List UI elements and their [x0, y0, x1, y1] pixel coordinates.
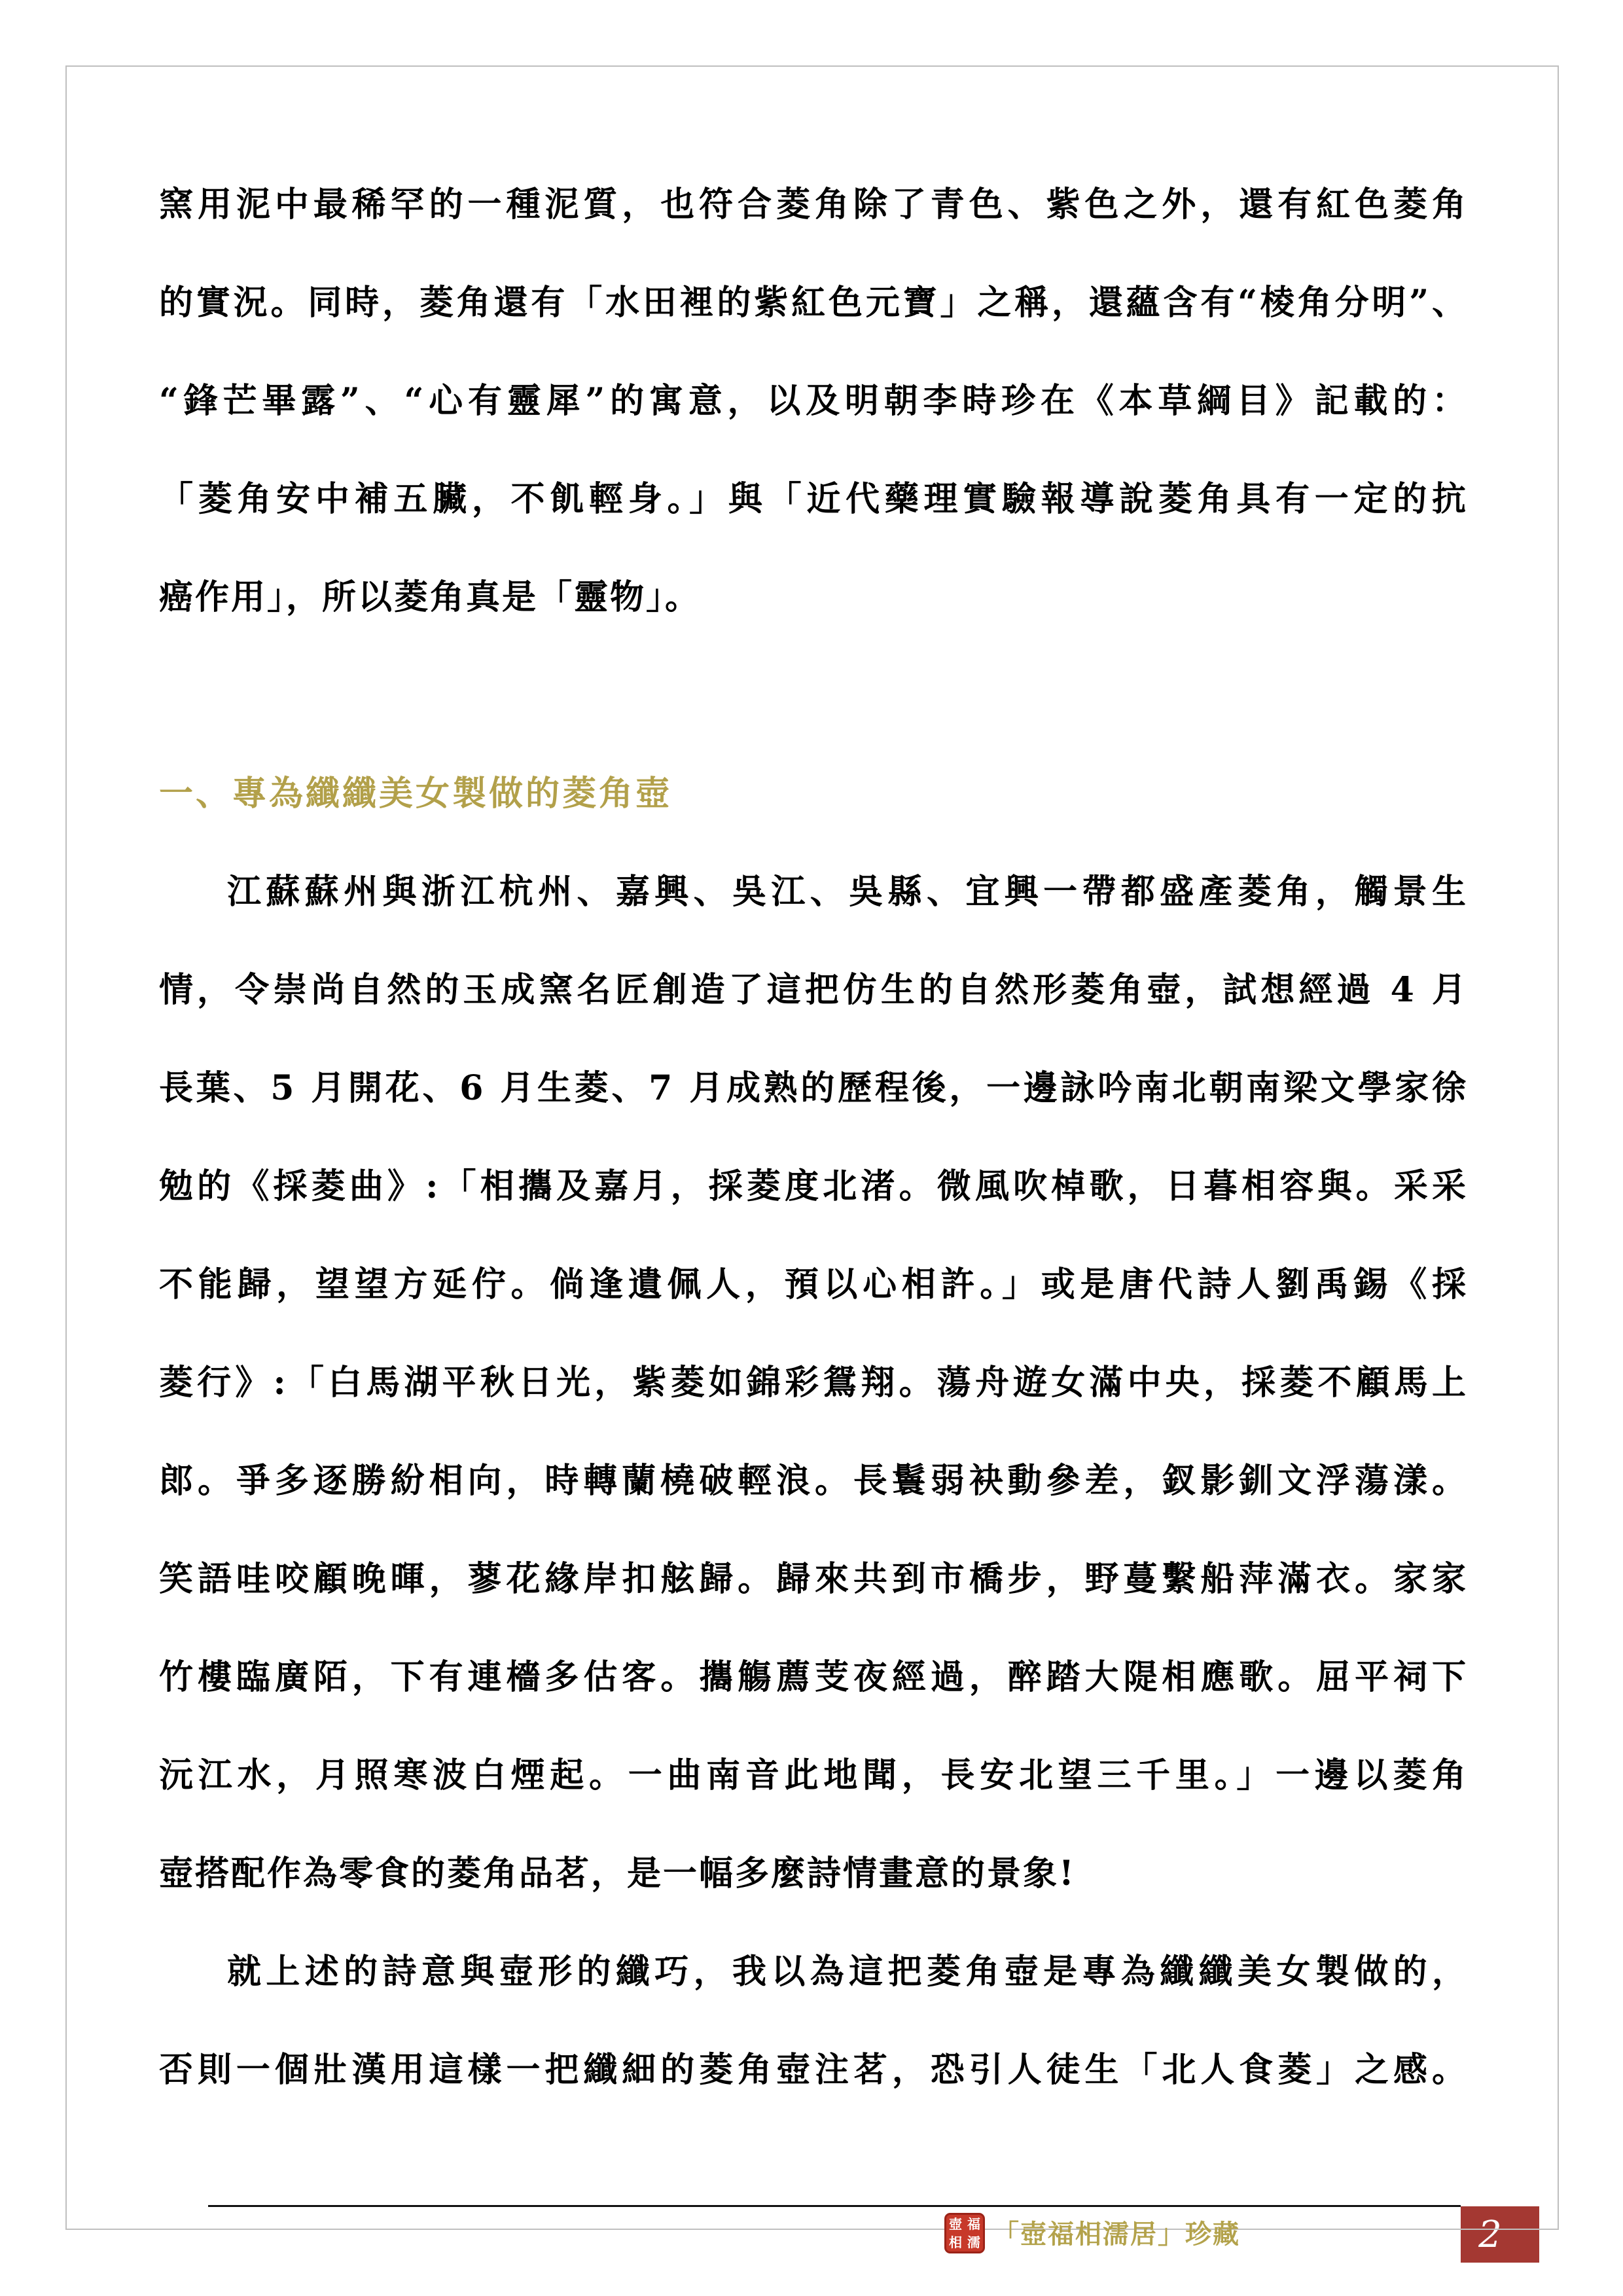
- body-line: 癌作用」，所以菱角真是「靈物」。: [159, 548, 1468, 647]
- body-line: 郎。爭多逐勝紛相向，時轉蘭橈破輕浪。長鬟弱袂動參差，釵影釧文浮蕩漾。: [159, 1432, 1468, 1530]
- seal-char: 壺: [949, 2217, 962, 2231]
- body-line: 菱行》:「白馬湖平秋日光，紫菱如錦彩鴛翔。蕩舟遊女滿中央，採菱不顧馬上: [159, 1334, 1468, 1432]
- body-line: 江蘇蘇州與浙江杭州、嘉興、吳江、吳縣、宜興一帶都盛產菱角，觸景生: [159, 843, 1468, 941]
- body-line: 情，令崇尚自然的玉成窯名匠創造了這把仿生的自然形菱角壺，試想經過 4 月: [159, 941, 1468, 1039]
- body-line: 竹樓臨廣陌，下有連檣多估客。攜觴薦芰夜經過，醉踏大隄相應歌。屈平祠下: [159, 1628, 1468, 1727]
- body-line: 壺搭配作為零食的菱角品茗，是一幅多麼詩情畫意的景象!: [159, 1825, 1468, 1923]
- body-line: 否則一個壯漢用這樣一把纖細的菱角壺注茗，恐引人徒生「北人食菱」之感。: [159, 2021, 1468, 2119]
- body-text: 窯用泥中最稀罕的一種泥質，也符合菱角除了青色、紫色之外，還有紅色菱角 的實況。同…: [159, 156, 1468, 2119]
- page-number-box: 2: [1461, 2206, 1539, 2263]
- body-line: 「菱角安中補五臟，不飢輕身。」與「近代藥理實驗報導說菱角具有一定的抗: [159, 450, 1468, 548]
- seal-char: 福: [967, 2217, 980, 2231]
- body-line: 勉的《採菱曲》:「相攜及嘉月，採菱度北渚。微風吹棹歌，日暮相容與。采采: [159, 1138, 1468, 1236]
- body-line: 長葉、5 月開花、6 月生菱、7 月成熟的歷程後，一邊詠吟南北朝南梁文學家徐: [159, 1039, 1468, 1138]
- page-number: 2: [1478, 2214, 1502, 2256]
- paragraph-gap: [159, 647, 1468, 745]
- collection-label: 「壺福相濡居」珍藏: [993, 2214, 1240, 2255]
- body-line: “鋒芒畢露”、“心有靈犀”的寓意，以及明朝李時珍在《本草綱目》記載的：: [159, 352, 1468, 450]
- body-line: 窯用泥中最稀罕的一種泥質，也符合菱角除了青色、紫色之外，還有紅色菱角: [159, 156, 1468, 254]
- body-line: 的實況。同時，菱角還有「水田裡的紫紅色元寶」之稱，還蘊含有“棱角分明”、: [159, 254, 1468, 352]
- body-line: 就上述的詩意與壺形的纖巧，我以為這把菱角壺是專為纖纖美女製做的，: [159, 1923, 1468, 2021]
- body-line: 沅江水，月照寒波白煙起。一曲南音此地聞，長安北望三千里。」一邊以菱角: [159, 1727, 1468, 1825]
- seal-char: 濡: [967, 2236, 980, 2249]
- collection-seal-stamp: 壺 福 相 濡: [944, 2213, 985, 2253]
- document-page: 窯用泥中最稀罕的一種泥質，也符合菱角除了青色、紫色之外，還有紅色菱角 的實況。同…: [0, 0, 1623, 2296]
- body-line: 不能歸，望望方延佇。倘逢遺佩人，預以心相許。」或是唐代詩人劉禹錫《採: [159, 1236, 1468, 1334]
- body-line: 笑語哇咬顧晚暉，蓼花緣岸扣舷歸。歸來共到市橋步，野蔓繫船萍滿衣。家家: [159, 1530, 1468, 1628]
- section-heading: 一、專為纖纖美女製做的菱角壺: [159, 745, 1468, 843]
- seal-char: 相: [949, 2236, 962, 2249]
- footer-rule: [208, 2205, 1461, 2207]
